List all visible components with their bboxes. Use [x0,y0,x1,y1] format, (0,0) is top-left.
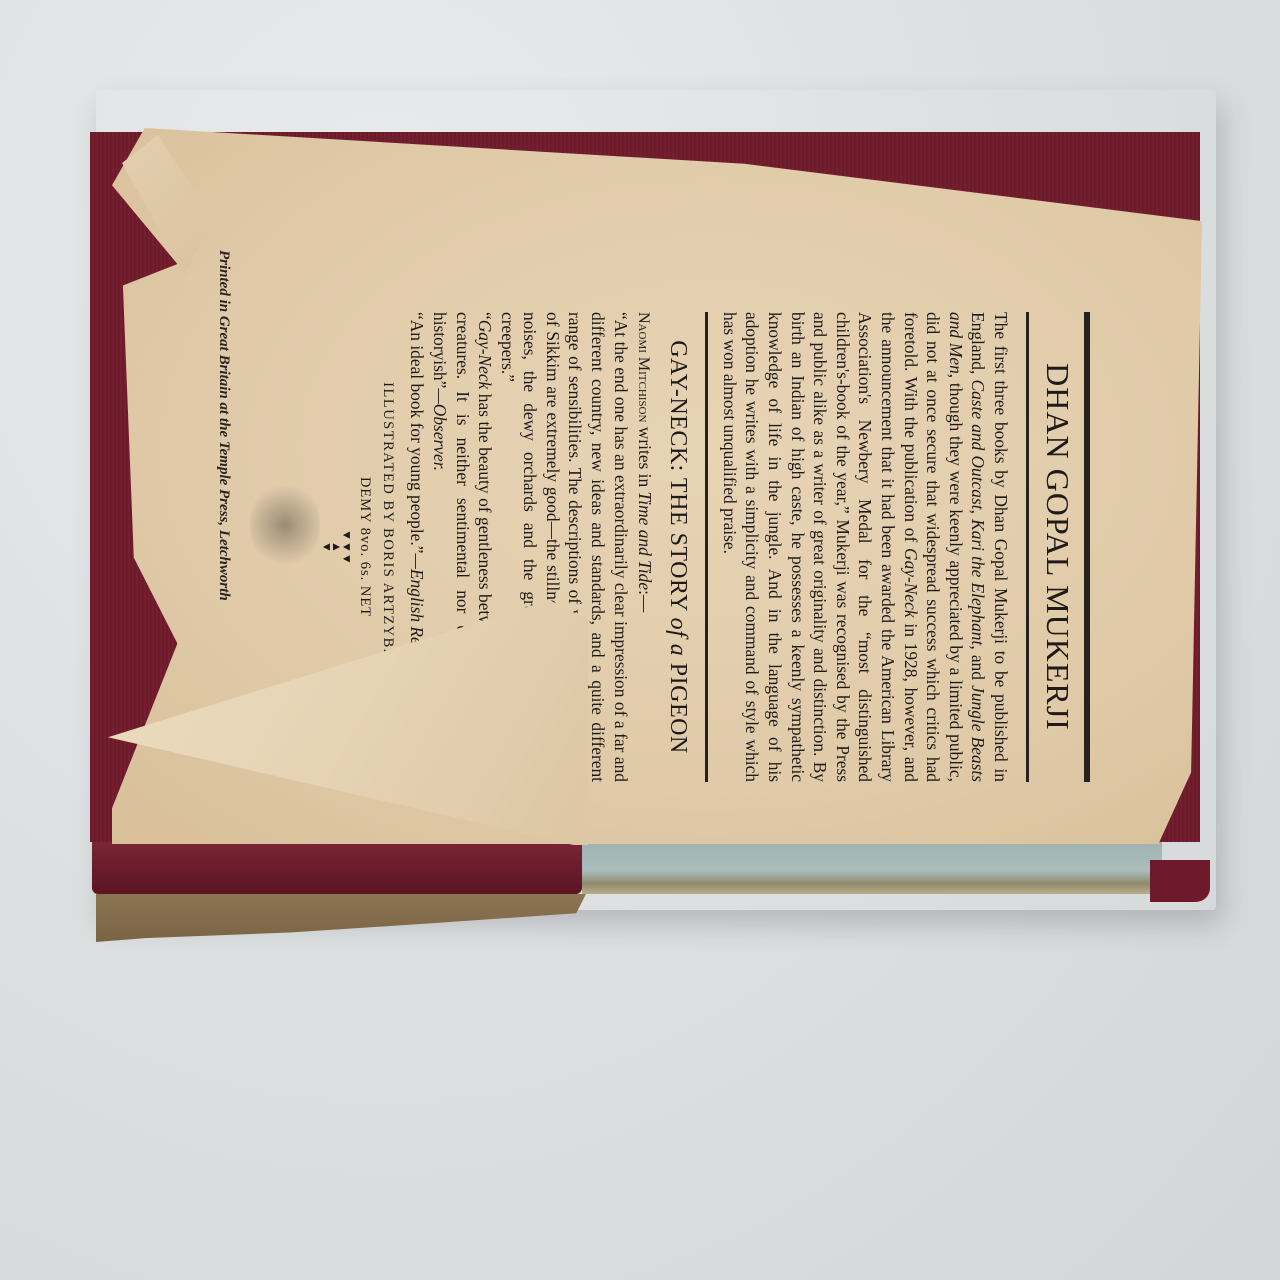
bio-text: in 1928, however, and the announcement t… [720,312,921,782]
reviewer-name: Naomi Mitchison [635,312,652,422]
book-title-end: PIGEON [665,663,691,754]
printer-imprint: Printed in Great Britain at the Temple P… [215,250,232,601]
heading-rule-top [1084,312,1090,782]
bio-text: , and [968,645,988,685]
english-review-text: “An ideal book for young people.” [407,312,427,553]
book-spine-cloth [92,842,582,894]
review-intro: Naomi Mitchison writes in Time and Tide:… [632,312,657,782]
review-source: Time and Tide [635,492,655,591]
book-title-of: of a [665,618,691,657]
book-title-main: GAY-NECK: THE STORY [665,340,691,611]
jacket-spine-band [582,842,1162,894]
section-rule [705,312,708,782]
book-title-reference: Gay-Neck [901,548,921,618]
review-intro-end: :— [635,590,655,612]
book-title-reference: Kari the Elephant [968,519,988,645]
observer-quote-title: Gay-Neck [475,320,495,390]
author-heading: DHAN GOPAL MUKERJI [1039,312,1076,782]
heading-rule-bottom [1026,312,1029,782]
observer-source: —Observer. [430,388,450,471]
author-bio: The first three books by Dhan Gopal Muke… [718,312,1012,782]
book-title: GAY-NECK: THE STORY of a PIGEON [664,312,691,782]
review-intro-text: writes in [635,422,655,491]
exposed-cloth-corner [1150,860,1210,902]
bio-text: , [968,510,988,520]
book-title-reference: Caste and Outcast [968,379,988,509]
bio-paragraph: The first three books by Dhan Gopal Muke… [718,312,1012,782]
